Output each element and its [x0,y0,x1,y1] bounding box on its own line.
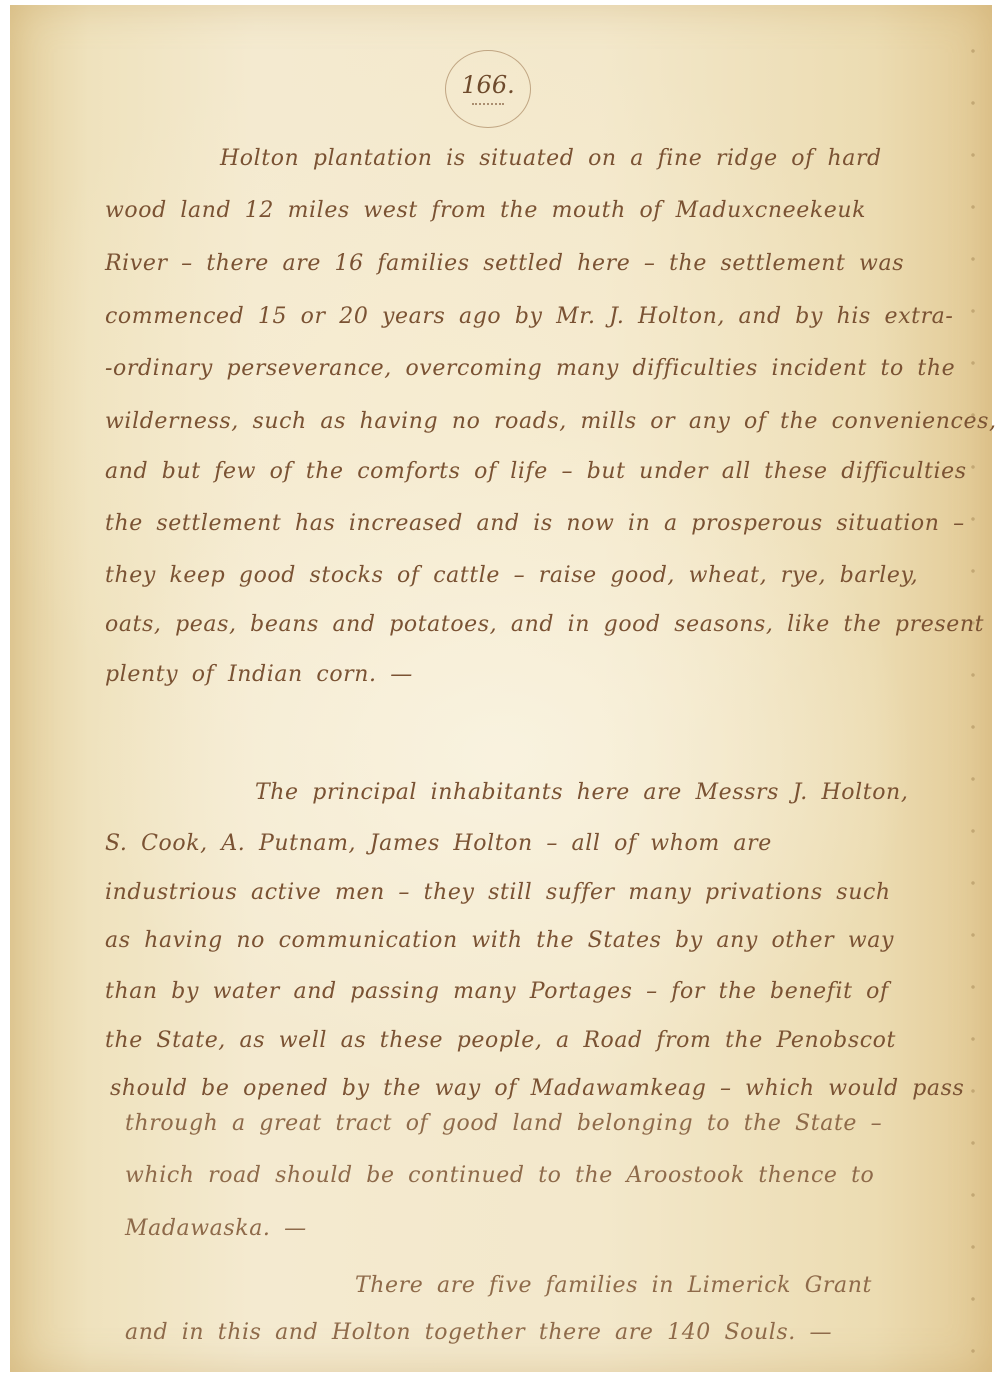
text-line: which road should be continued to the Ar… [125,1165,874,1187]
text-line: and in this and Holton together there ar… [125,1322,832,1344]
text-line: they keep good stocks of cattle – raise … [105,565,918,587]
text-line: should be opened by the way of Madawamke… [110,1078,964,1100]
page-number-underline [472,99,504,105]
text-line: the settlement has increased and is now … [105,513,965,535]
text-line: River – there are 16 families settled he… [105,253,904,275]
text-line: oats, peas, beans and potatoes, and in g… [105,614,984,636]
page-number: 166. [461,73,514,97]
text-line: commenced 15 or 20 years ago by Mr. J. H… [105,306,953,328]
text-line: than by water and passing many Portages … [105,981,889,1003]
text-line: The principal inhabitants here are Messr… [255,782,908,804]
text-line: the State, as well as these people, a Ro… [105,1030,896,1052]
text-line: as having no communication with the Stat… [105,930,894,952]
page-number-circle: 166. [445,50,531,128]
text-line: -ordinary perseverance, overcoming many … [105,358,955,380]
text-line: There are five families in Limerick Gran… [355,1275,872,1297]
text-line: Madawaska. — [125,1218,307,1240]
text-line: and but few of the comforts of life – bu… [105,461,967,483]
text-line: plenty of Indian corn. — [105,664,413,686]
text-line: Holton plantation is situated on a fine … [220,148,882,170]
text-line: S. Cook, A. Putnam, James Holton – all o… [105,833,772,855]
text-line: wilderness, such as having no roads, mil… [105,411,997,433]
stitch-holes [970,25,976,1355]
text-line: industrious active men – they still suff… [105,882,891,904]
text-line: through a great tract of good land belon… [125,1113,882,1135]
text-line: wood land 12 miles west from the mouth o… [105,200,866,222]
